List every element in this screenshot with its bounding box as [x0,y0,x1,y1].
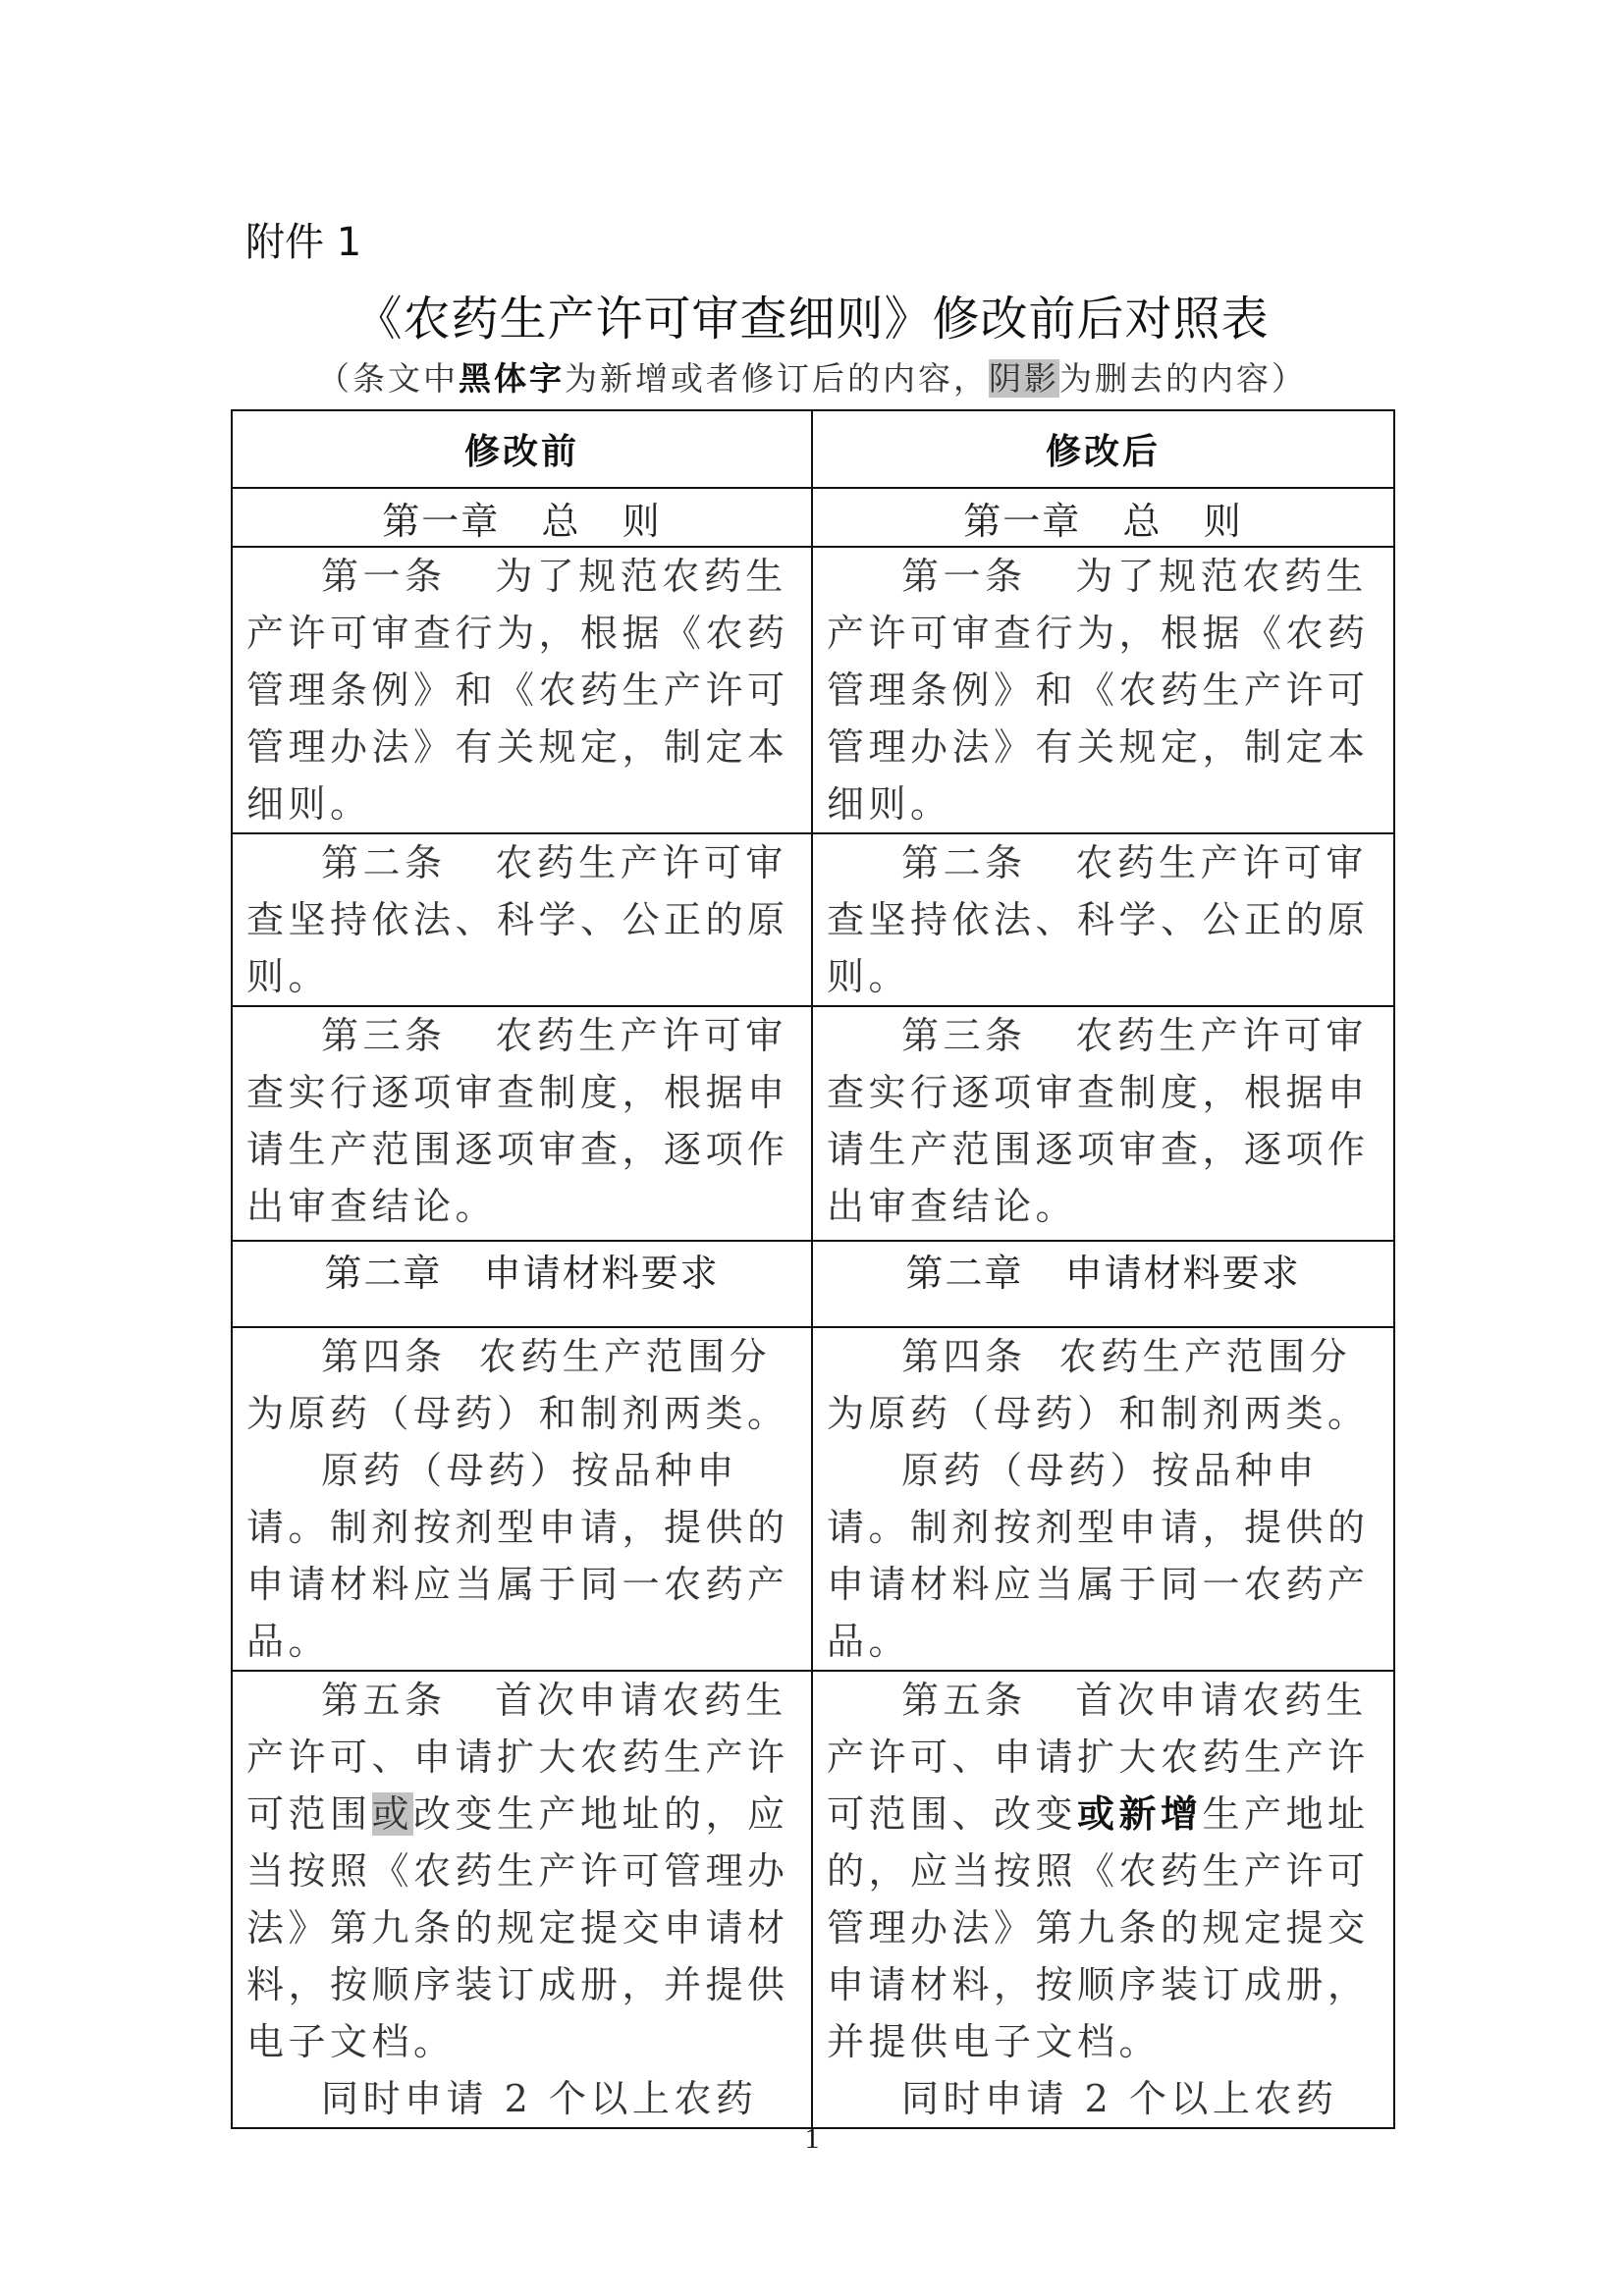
attachment-label: 附件 1 [245,218,361,267]
subtitle-prefix: （条文中 [317,359,459,398]
article-before: 第四条 农药生产范围分为原药（母药）和制剂两类。 原药（母药）按品种申请。制剂按… [232,1327,812,1671]
article-paragraph: 原药（母药）按品种申请。制剂按剂型申请，提供的申请材料应当属于同一农药产品。 [246,1442,801,1670]
table-row-article-1: 第一条 为了规范农药生产许可审查行为，根据《农药管理条例》和《农药生产许可管理办… [232,547,1394,833]
table-header-row: 修改前 修改后 [232,410,1394,488]
table-row-chapter-2: 第二章 申请材料要求 第二章 申请材料要求 [232,1241,1394,1327]
article-paragraph: 同时申请 2 个以上农药 [246,2070,801,2127]
table-row-article-2: 第二条 农药生产许可审查坚持依法、科学、公正的原则。 第二条 农药生产许可审查坚… [232,833,1394,1006]
document-subtitle: （条文中黑体字为新增或者修订后的内容，阴影为删去的内容） [0,355,1624,402]
article-paragraph: 第一条 为了规范农药生产许可审查行为，根据《农药管理条例》和《农药生产许可管理办… [246,548,801,832]
article-paragraph: 第二条 农药生产许可审查坚持依法、科学、公正的原则。 [246,834,801,1005]
article-after: 第一条 为了规范农药生产许可审查行为，根据《农药管理条例》和《农药生产许可管理办… [812,547,1394,833]
article-paragraph: 原药（母药）按品种申请。制剂按剂型申请，提供的申请材料应当属于同一农药产品。 [827,1442,1383,1670]
comparison-table: 修改前 修改后 第一章 总 则 第一章 总 则 第一条 为了规范农药生产许可审查… [231,409,1395,2129]
header-after: 修改后 [812,410,1394,488]
table-row-article-4: 第四条 农药生产范围分为原药（母药）和制剂两类。 原药（母药）按品种申请。制剂按… [232,1327,1394,1671]
article-paragraph: 第四条 农药生产范围分为原药（母药）和制剂两类。 [246,1328,801,1442]
article-paragraph: 第二条 农药生产许可审查坚持依法、科学、公正的原则。 [827,834,1383,1005]
article-before: 第一条 为了规范农药生产许可审查行为，根据《农药管理条例》和《农药生产许可管理办… [232,547,812,833]
chapter-heading-before: 第二章 申请材料要求 [232,1241,812,1327]
table-row-chapter-1: 第一章 总 则 第一章 总 则 [232,488,1394,547]
subtitle-middle: 为新增或者修订后的内容， [565,359,989,398]
article-paragraph: 第五条 首次申请农药生产许可、申请扩大农药生产许可范围或改变生产地址的，应当按照… [246,1672,801,2070]
header-before: 修改前 [232,410,812,488]
subtitle-suffix: 为删去的内容） [1059,359,1307,398]
article-paragraph: 同时申请 2 个以上农药 [827,2070,1383,2127]
page-number: 1 [0,2122,1624,2156]
article-after: 第四条 农药生产范围分为原药（母药）和制剂两类。 原药（母药）按品种申请。制剂按… [812,1327,1394,1671]
article-paragraph: 第五条 首次申请农药生产许可、申请扩大农药生产许可范围、改变或新增生产地址的，应… [827,1672,1383,2070]
article-after: 第五条 首次申请农药生产许可、申请扩大农药生产许可范围、改变或新增生产地址的，应… [812,1671,1394,2128]
article-after: 第三条 农药生产许可审查实行逐项审查制度，根据申请生产范围逐项审查，逐项作出审查… [812,1006,1394,1241]
article-paragraph: 第三条 农药生产许可审查实行逐项审查制度，根据申请生产范围逐项审查，逐项作出审查… [827,1007,1383,1235]
table-row-article-5: 第五条 首次申请农药生产许可、申请扩大农药生产许可范围或改变生产地址的，应当按照… [232,1671,1394,2128]
deleted-text-highlight: 或 [372,1792,414,1836]
article-paragraph: 第三条 农药生产许可审查实行逐项审查制度，根据申请生产范围逐项审查，逐项作出审查… [246,1007,801,1235]
subtitle-shaded-legend: 阴影 [989,359,1059,398]
article-paragraph: 第一条 为了规范农药生产许可审查行为，根据《农药管理条例》和《农药生产许可管理办… [827,548,1383,832]
table-row-article-3: 第三条 农药生产许可审查实行逐项审查制度，根据申请生产范围逐项审查，逐项作出审查… [232,1006,1394,1241]
article-after: 第二条 农药生产许可审查坚持依法、科学、公正的原则。 [812,833,1394,1006]
chapter-heading-before: 第一章 总 则 [232,488,812,547]
article-before: 第二条 农药生产许可审查坚持依法、科学、公正的原则。 [232,833,812,1006]
added-text-bold: 或新增 [1077,1792,1203,1836]
chapter-heading-after: 第一章 总 则 [812,488,1394,547]
article-paragraph: 第四条 农药生产范围分为原药（母药）和制剂两类。 [827,1328,1383,1442]
article-before: 第五条 首次申请农药生产许可、申请扩大农药生产许可范围或改变生产地址的，应当按照… [232,1671,812,2128]
chapter-heading-after: 第二章 申请材料要求 [812,1241,1394,1327]
article-before: 第三条 农药生产许可审查实行逐项审查制度，根据申请生产范围逐项审查，逐项作出审查… [232,1006,812,1241]
document-title: 《农药生产许可审查细则》修改前后对照表 [0,290,1624,348]
subtitle-bold-legend: 黑体字 [459,359,565,398]
